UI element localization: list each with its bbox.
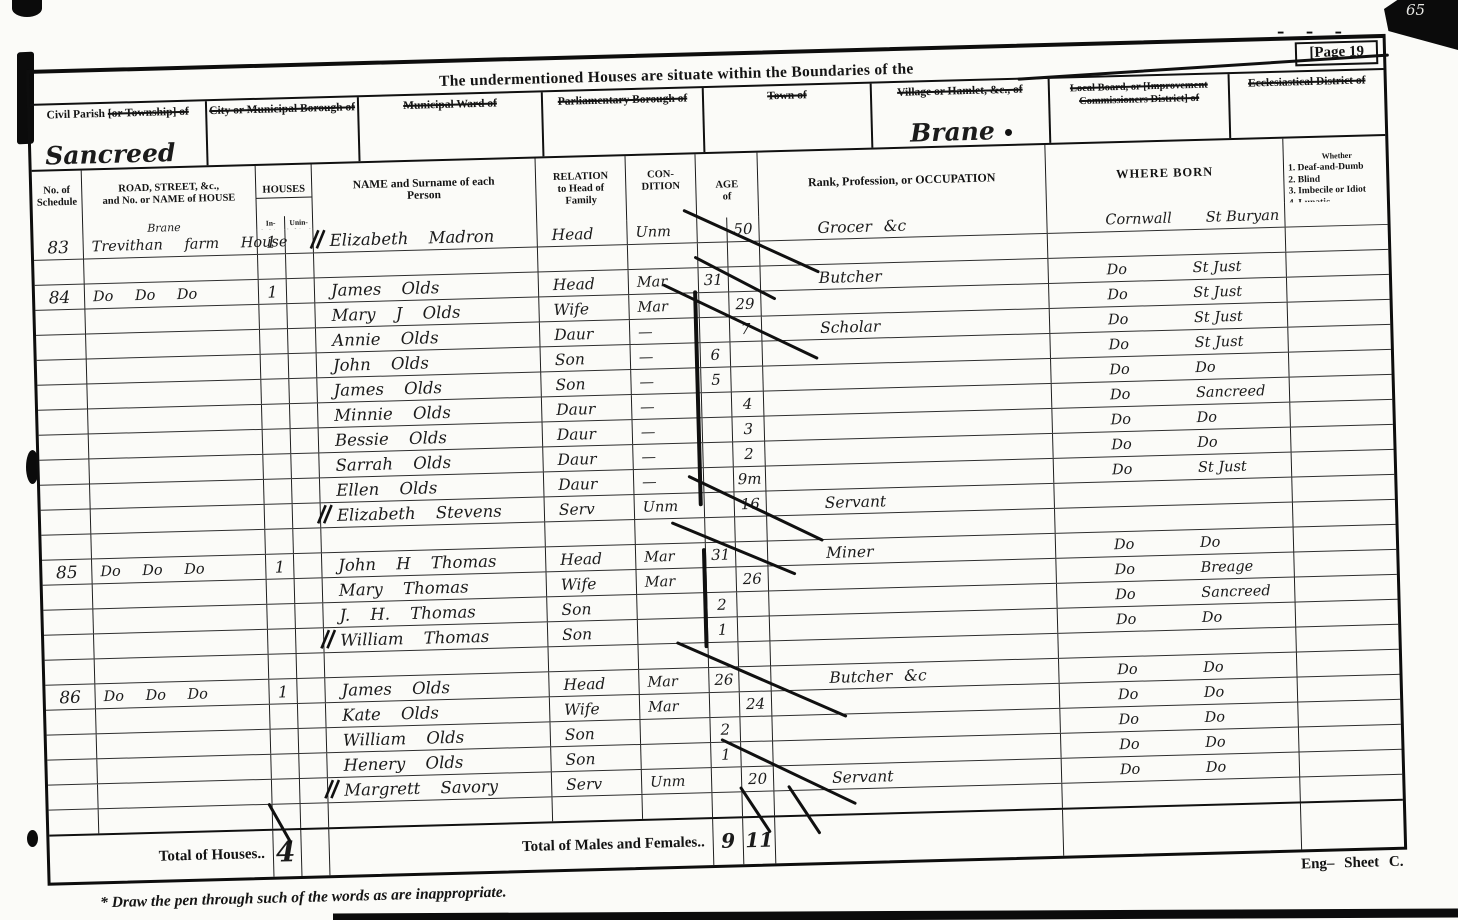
total-males-value: 9 xyxy=(713,818,743,863)
total-females-value: 11 xyxy=(743,817,775,862)
born-place: Do xyxy=(1196,405,1217,430)
condition-value: Unm xyxy=(627,218,697,246)
cell-uninhabited xyxy=(297,653,326,678)
cell-disability xyxy=(1296,600,1399,627)
relation-value: Daur xyxy=(542,395,632,423)
born-place: Breage xyxy=(1200,554,1253,579)
cell-uninhabited xyxy=(287,303,316,328)
cell-disability xyxy=(1286,225,1389,252)
cell-relation: Daur xyxy=(543,420,634,446)
born-ditto: Do xyxy=(1120,756,1173,781)
cell-condition: Mar xyxy=(640,693,711,719)
cell-condition: Mar xyxy=(636,568,707,594)
cell-road xyxy=(88,405,263,434)
cell-condition xyxy=(637,593,708,619)
condition-value: Mar xyxy=(640,693,710,721)
cell-inhabited xyxy=(260,329,289,354)
condition-value: Mar xyxy=(636,543,706,571)
cell-age-female xyxy=(738,641,771,666)
sheet-label: Eng– Sheet C. xyxy=(1301,854,1404,874)
cell-age-female: 24 xyxy=(740,691,773,716)
cell-road xyxy=(99,805,274,834)
header-age-label: AGE of xyxy=(696,171,758,219)
cell-disability xyxy=(1288,325,1391,352)
cell-schedule: 85 xyxy=(42,559,93,584)
cell-age-male xyxy=(702,392,733,417)
cell-road xyxy=(85,305,260,334)
relation-value: Daur xyxy=(543,445,633,473)
age-female-value: 2 xyxy=(733,442,765,468)
cell-age-male: 2 xyxy=(707,592,738,617)
cell-schedule xyxy=(47,759,98,784)
age-female-value: 3 xyxy=(732,417,764,443)
cell-road xyxy=(87,380,262,409)
cell-relation xyxy=(538,245,629,271)
location-field: Town of xyxy=(704,84,874,152)
header-disability-items: 1. Deaf-and-Dumb 2. Blind 3. Imbecile or… xyxy=(1288,162,1366,203)
cell-road xyxy=(91,530,266,559)
header-occupation: Rank, Profession, or OCCUPATION xyxy=(757,145,1047,217)
born-ditto: Do xyxy=(1119,731,1172,756)
cell-condition: Unm xyxy=(627,218,698,244)
condition-value: — xyxy=(633,443,703,471)
cell-road xyxy=(97,755,272,784)
born-place: St Just xyxy=(1194,329,1243,354)
cell-uninhabited xyxy=(288,328,317,353)
location-field: Local Board, or [Improvement Commissione… xyxy=(1050,74,1232,143)
scan-edge-blob xyxy=(12,0,42,17)
cell-schedule xyxy=(40,484,91,509)
cell-relation: Head xyxy=(537,220,628,246)
born-ditto: Do xyxy=(1118,706,1171,731)
cell-road xyxy=(89,455,264,484)
cell-relation: Son xyxy=(547,595,638,621)
cell-schedule xyxy=(45,659,96,684)
cell-age-male xyxy=(710,692,741,717)
cell-relation: Son xyxy=(548,620,639,646)
cell-condition xyxy=(638,643,709,669)
cell-uninhabited xyxy=(297,678,326,703)
cell-schedule xyxy=(35,310,86,335)
cell-schedule xyxy=(44,634,95,659)
cell-inhabited xyxy=(264,479,293,504)
born-ditto: Do xyxy=(1110,406,1163,431)
header-relation: RELATION to Head of Family xyxy=(536,156,628,222)
cell-disability xyxy=(1294,550,1397,577)
inhabited-value: 1 xyxy=(269,679,297,705)
cell-road xyxy=(91,505,266,534)
location-field-label: Municipal Ward of xyxy=(403,98,497,112)
cell-uninhabited xyxy=(291,453,320,478)
cell-disability xyxy=(1292,450,1395,477)
born-place: Do xyxy=(1204,704,1225,729)
cell-disability xyxy=(1289,350,1392,377)
cell-schedule xyxy=(48,784,99,809)
cell-relation: Daur xyxy=(544,470,635,496)
condition-value: — xyxy=(632,418,702,446)
age-male-value: 6 xyxy=(700,342,730,368)
cell-disability xyxy=(1297,650,1400,677)
scan-edge-blob xyxy=(27,830,38,847)
relation-value: Wife xyxy=(539,295,629,323)
schedule-number: 84 xyxy=(35,285,85,312)
cell-inhabited xyxy=(270,704,299,729)
born-ditto: Do xyxy=(1115,581,1168,606)
totals-disability-cell xyxy=(1301,801,1404,850)
cell-schedule: 84 xyxy=(35,285,86,310)
cell-uninhabited xyxy=(295,578,324,603)
age-female-value: 26 xyxy=(736,567,768,593)
cell-road xyxy=(89,430,264,459)
inhabited-value: 1 xyxy=(266,554,294,580)
cell-disability xyxy=(1290,400,1393,427)
location-field: Village or Hamlet, &c., ofBrane xyxy=(872,79,1052,148)
cell-relation: Head xyxy=(539,270,630,296)
cell-schedule xyxy=(49,809,100,834)
relation-value: Son xyxy=(548,620,638,648)
age-female-value: 29 xyxy=(729,292,761,318)
relation-value: Head xyxy=(539,270,629,298)
born-place: St Just xyxy=(1193,279,1242,304)
relation-value: Wife xyxy=(550,695,640,723)
cell-inhabited: 1 xyxy=(269,679,298,704)
cell-age-female: 2 xyxy=(733,442,766,467)
cell-age-male xyxy=(712,767,743,792)
cell-schedule xyxy=(43,584,94,609)
born-ditto: Do xyxy=(1110,381,1163,406)
total-persons-label: Total of Males and Females.. xyxy=(329,819,714,875)
cell-disability xyxy=(1298,675,1401,702)
cell-inhabited xyxy=(267,579,296,604)
born-ditto: Do xyxy=(1116,606,1169,631)
cell-condition xyxy=(642,793,713,819)
cell-relation: Head xyxy=(549,670,640,696)
cell-disability xyxy=(1294,525,1397,552)
condition-value: Mar xyxy=(639,668,709,696)
cell-relation: Daur xyxy=(542,395,633,421)
cell-uninhabited xyxy=(289,378,318,403)
cell-road xyxy=(95,655,270,684)
cell-age-male: 2 xyxy=(710,717,741,742)
cell-relation xyxy=(552,795,643,821)
cell-inhabited: 1 xyxy=(259,279,288,304)
born-place: Sancreed xyxy=(1201,578,1271,604)
age-male-value: 1 xyxy=(708,617,738,643)
condition-value: — xyxy=(631,343,701,371)
header-where-born: WHERE BORN xyxy=(1045,139,1285,209)
relation-value: Head xyxy=(549,670,639,698)
cell-inhabited xyxy=(272,779,301,804)
location-field-label: Local Board, or [Improvement Commissione… xyxy=(1070,80,1208,107)
cell-schedule xyxy=(37,384,88,409)
cell-age-female: 29 xyxy=(729,292,762,317)
cell-age-female xyxy=(730,342,763,367)
cell-schedule xyxy=(47,734,98,759)
relation-value: Head xyxy=(537,220,627,248)
cell-age-female: 3 xyxy=(732,417,765,442)
cell-relation xyxy=(548,645,639,671)
cell-inhabited xyxy=(265,504,294,529)
cell-schedule xyxy=(39,434,90,459)
born-ditto: Do xyxy=(1111,431,1164,456)
cell-inhabited xyxy=(258,254,287,279)
cell-disability xyxy=(1298,700,1401,727)
cell-relation: Head xyxy=(546,545,637,571)
cell-schedule xyxy=(39,459,90,484)
relation-value: Son xyxy=(551,745,641,773)
cell-age-female xyxy=(737,591,770,616)
cell-condition: — xyxy=(632,418,703,444)
cell-uninhabited xyxy=(287,278,316,303)
total-males-cell: 9 xyxy=(713,818,744,865)
cell-road xyxy=(97,730,272,759)
cell-uninhabited xyxy=(289,353,318,378)
location-field: City or Municipal Borough of xyxy=(207,97,361,165)
cell-disability xyxy=(1288,300,1391,327)
born-ditto: Do xyxy=(1109,356,1162,381)
page-number-box: [Page 19 xyxy=(1295,40,1378,66)
born-place: Do xyxy=(1203,654,1224,679)
cell-disability xyxy=(1299,725,1402,752)
scan-corner-blob: 65 xyxy=(1384,0,1458,50)
cell-inhabited xyxy=(263,429,292,454)
cell-inhabited: 1 xyxy=(257,229,286,254)
cell-road xyxy=(84,255,259,284)
cell-age-male xyxy=(702,417,733,442)
ink-dot xyxy=(1005,129,1012,136)
relation-value: Daur xyxy=(540,320,630,348)
road-note: Brane xyxy=(147,222,181,234)
cell-disability xyxy=(1286,250,1389,277)
strike-mark-icon xyxy=(322,779,341,804)
cell-condition: — xyxy=(634,468,705,494)
census-page-scan: 65 - - - The undermentioned Houses are s… xyxy=(0,0,1458,920)
cell-inhabited xyxy=(261,354,290,379)
table-body: 83Trevithan farm HouseBrane1Elizabeth Ma… xyxy=(33,200,1402,835)
header-disability: Whether1. Deaf-and-Dumb 2. Blind 3. Imbe… xyxy=(1283,136,1387,203)
age-female-value: 24 xyxy=(740,691,772,717)
cell-relation: Son xyxy=(541,345,632,371)
location-field-label: City or Municipal Borough of xyxy=(209,101,355,117)
cell-relation: Serv xyxy=(552,770,643,796)
age-male-value: 2 xyxy=(707,592,737,618)
cell-uninhabited xyxy=(291,428,320,453)
cell-relation: Wife xyxy=(547,570,638,596)
cell-uninhabited xyxy=(301,803,330,828)
cell-disability xyxy=(1290,375,1393,402)
cell-inhabited: 1 xyxy=(266,554,295,579)
condition-value: Unm xyxy=(642,768,712,796)
cell-disability xyxy=(1296,625,1399,652)
cell-schedule xyxy=(34,260,85,285)
cell-schedule xyxy=(38,409,89,434)
born-place: Do xyxy=(1202,604,1223,629)
relation-value: Serv xyxy=(552,770,642,798)
cell-age-female xyxy=(738,616,771,641)
cell-age-female xyxy=(740,716,773,741)
cell-inhabited xyxy=(271,729,300,754)
cell-age-female xyxy=(731,367,764,392)
cell-disability xyxy=(1300,750,1403,777)
schedule-number: 85 xyxy=(42,559,92,586)
cell-condition: — xyxy=(631,368,702,394)
cell-age-male xyxy=(700,317,731,342)
cell-schedule xyxy=(43,609,94,634)
cell-age-male xyxy=(706,567,737,592)
header-disability-whether: Whether xyxy=(1288,149,1386,162)
header-age: AGE of Males Females xyxy=(695,153,759,219)
total-uninhabited-cell xyxy=(301,829,330,876)
location-field-label: Civil Parish [or Township] of xyxy=(46,106,189,122)
born-place: Sancreed xyxy=(1196,378,1266,404)
cell-uninhabited xyxy=(286,253,315,278)
cell-disability xyxy=(1292,475,1395,502)
cell-uninhabited xyxy=(293,528,322,553)
location-field-value: Sancreed xyxy=(31,145,206,169)
cell-age-female: 26 xyxy=(736,566,769,591)
cell-relation: Wife xyxy=(539,295,630,321)
location-field: Municipal Ward of xyxy=(359,92,545,161)
cell-age-male: 5 xyxy=(701,367,732,392)
relation-value: Serv xyxy=(545,495,635,523)
header-name: NAME and Surname of each Person xyxy=(312,159,538,229)
cell-inhabited xyxy=(269,654,298,679)
born-ditto: Do xyxy=(1114,556,1167,581)
cell-uninhabited xyxy=(295,603,324,628)
born-place: St Just xyxy=(1198,454,1247,479)
cell-road xyxy=(90,480,265,509)
relation-value: Daur xyxy=(544,470,634,498)
cell-road xyxy=(98,780,273,809)
cell-age-female xyxy=(728,242,761,267)
header-houses-label: HOUSES xyxy=(256,182,311,198)
cell-road: Do Do Do xyxy=(85,280,260,309)
age-female-value: 9m xyxy=(734,467,766,493)
born-place: Do xyxy=(1200,529,1221,554)
relation-value: Head xyxy=(546,545,636,573)
inhabited-value: 1 xyxy=(257,229,285,255)
age-female-value: 20 xyxy=(742,766,774,792)
relation-value: Daur xyxy=(543,420,633,448)
cell-schedule xyxy=(46,709,97,734)
location-field-label: Town of xyxy=(767,89,807,102)
born-ditto: Do xyxy=(1108,331,1161,356)
condition-value: Mar xyxy=(629,268,699,296)
location-field-label: Village or Hamlet, &c., of xyxy=(897,84,1023,99)
cell-inhabited xyxy=(267,604,296,629)
schedule-number: 86 xyxy=(45,684,95,711)
cell-disability xyxy=(1300,775,1403,802)
condition-value: — xyxy=(634,468,704,496)
cell-disability xyxy=(1285,200,1388,227)
relation-value: Son xyxy=(547,595,637,623)
born-ditto: Do xyxy=(1106,256,1159,281)
document-frame: The undermentioned Houses are situate wi… xyxy=(26,34,1407,886)
cell-road xyxy=(96,705,271,734)
inhabited-value: 1 xyxy=(259,279,287,305)
condition-value: — xyxy=(632,393,702,421)
cell-age-male: 26 xyxy=(709,667,740,692)
cell-condition: — xyxy=(633,443,704,469)
cell-condition: — xyxy=(632,393,703,419)
cell-condition: Unm xyxy=(642,768,713,794)
born-ditto: Do xyxy=(1117,656,1170,681)
cell-uninhabited xyxy=(290,403,319,428)
location-field-value: Brane xyxy=(873,123,1049,147)
cell-condition: Mar xyxy=(639,668,710,694)
cell-road xyxy=(93,580,268,609)
born-place: Do xyxy=(1205,729,1226,754)
cell-age-female: 9m xyxy=(734,467,767,492)
cell-schedule xyxy=(37,359,88,384)
cell-age-female: 4 xyxy=(732,392,765,417)
cell-uninhabited xyxy=(299,728,328,753)
cell-uninhabited xyxy=(298,703,327,728)
cell-schedule: 83 xyxy=(33,235,84,260)
cell-condition: — xyxy=(630,318,701,344)
total-houses-label: Total of Houses.. xyxy=(49,831,274,883)
cell-relation: Son xyxy=(541,370,632,396)
cell-road xyxy=(86,330,261,359)
cell-road xyxy=(93,605,268,634)
age-male-value: 26 xyxy=(709,667,739,693)
born-ditto: Do xyxy=(1112,456,1165,481)
relation-value: Wife xyxy=(547,570,637,598)
born-place: Do xyxy=(1195,355,1216,380)
cell-condition: Unm xyxy=(634,493,705,519)
location-field-label: Ecclesiastical District of xyxy=(1248,74,1366,89)
footnote: * Draw the pen through such of the words… xyxy=(100,884,507,913)
cell-uninhabited xyxy=(299,753,328,778)
cell-inhabited xyxy=(268,629,297,654)
relation-value: Son xyxy=(541,345,631,373)
cell-schedule xyxy=(41,509,92,534)
born-place: Do xyxy=(1204,679,1225,704)
born-place: St Just xyxy=(1192,254,1241,279)
born-place: St Buryan xyxy=(1205,203,1279,229)
cell-disability xyxy=(1293,500,1396,527)
totals-born-cell xyxy=(1063,803,1302,855)
cell-schedule xyxy=(41,534,92,559)
cell-relation: Son xyxy=(550,720,641,746)
strike-mark-icon xyxy=(307,229,326,254)
cell-uninhabited xyxy=(292,478,321,503)
cell-road: Do Do Do xyxy=(95,680,270,709)
cell-condition xyxy=(638,618,709,644)
cell-condition: Mar xyxy=(629,268,700,294)
born-place: Do xyxy=(1197,430,1218,455)
cell-condition: Mar xyxy=(636,543,707,569)
cell-inhabited xyxy=(263,454,292,479)
location-field: Ecclesiastical District of xyxy=(1230,70,1386,138)
cell-age-male xyxy=(703,442,734,467)
cell-disability xyxy=(1291,425,1394,452)
header-houses: HOUSES In- habit- ed Unin- habited (U.),… xyxy=(256,164,314,229)
born-ditto: Do xyxy=(1118,681,1171,706)
age-female-value: 4 xyxy=(732,392,764,418)
relation-value: Son xyxy=(550,720,640,748)
cell-condition: — xyxy=(631,343,702,369)
cell-road: Trevithan farm HouseBrane xyxy=(83,230,258,259)
cell-relation xyxy=(545,520,636,546)
location-field-label: Parliamentary Borough of xyxy=(558,92,688,107)
condition-value: — xyxy=(630,318,700,346)
total-females-cell: 11 xyxy=(743,817,776,864)
cell-age-female xyxy=(735,516,768,541)
strike-mark-icon xyxy=(318,629,337,654)
cell-age-female: 20 xyxy=(742,766,775,791)
born-ditto: Do xyxy=(1108,306,1161,331)
